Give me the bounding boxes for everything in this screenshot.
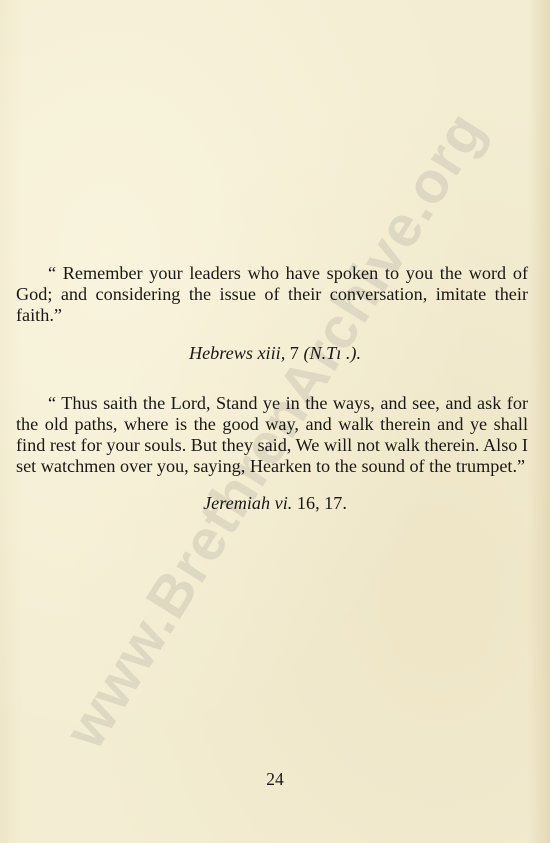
quote-hebrews: “ Remember your leaders who have spoken …	[16, 263, 528, 326]
reference-verse: 7	[285, 343, 303, 363]
quote-text: “ Thus saith the Lord, Stand ye in the w…	[16, 393, 528, 477]
reference-version: (N.Tı .).	[303, 343, 361, 363]
reference-book: Hebrews xiii,	[189, 343, 285, 363]
quote-jeremiah: “ Thus saith the Lord, Stand ye in the w…	[16, 393, 528, 477]
book-page: www.BrethrenArchive.org “ Remember your …	[0, 0, 550, 843]
page-number: 24	[0, 769, 550, 789]
reference-hebrews: Hebrews xiii, 7 (N.Tı .).	[0, 343, 550, 364]
reference-jeremiah: Jeremiah vi. 16, 17.	[0, 493, 550, 514]
reference-verse: 16, 17.	[292, 493, 347, 513]
reference-book: Jeremiah vi.	[203, 493, 292, 513]
quote-text: “ Remember your leaders who have spoken …	[16, 263, 528, 326]
